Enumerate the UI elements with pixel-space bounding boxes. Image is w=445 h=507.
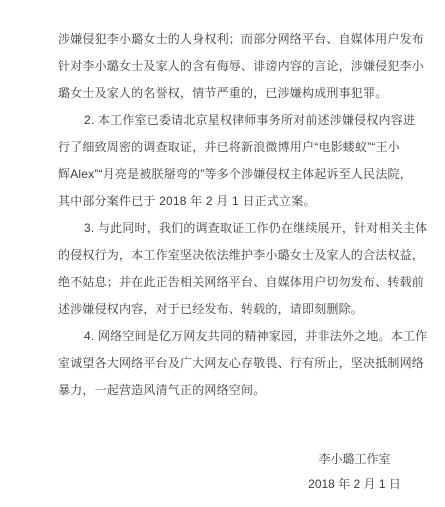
document-line: 暴力，一起营造风清气正的网络空间。 — [58, 377, 420, 404]
document-line: 3. 与此同时，我们的调查取证工作仍在继续展开，针对相关主体 — [58, 215, 420, 242]
statement-document: 涉嫌侵犯李小璐女士的人身权利；而部分网络平台、自媒体用户发布针对李小璐女士及家人… — [0, 0, 445, 507]
signature-date: 2018 年 2 月 1 日 — [272, 473, 437, 496]
document-line: 4. 网络空间是亿万网友共同的精神家园，并非法外之地。本工作 — [58, 323, 420, 350]
document-line: 涉嫌侵犯李小璐女士的人身权利；而部分网络平台、自媒体用户发布 — [58, 26, 420, 53]
document-line: 针对李小璐女士及家人的含有侮辱、诽谤内容的言论，涉嫌侵犯李小 — [58, 53, 420, 80]
document-line: 2. 本工作室已委请北京星权律师事务所对前述涉嫌侵权内容进 — [58, 107, 420, 134]
document-line: 行了细致周密的调查取证，并已将新浪微博用户“电影蝼蚁”“王小 — [58, 134, 420, 161]
document-line: 述涉嫌侵权内容，对于已经发布、转载的，请即刻删除。 — [58, 296, 420, 323]
document-line: 辉Alex”“月亮是被朕掰弯的”等多个涉嫌侵权主体起诉至人民法院， — [58, 161, 420, 188]
signature-name: 李小璐工作室 — [272, 446, 437, 473]
document-line: 璐女士及家人的名誉权，情节严重的，已涉嫌构成刑事犯罪。 — [58, 80, 420, 107]
document-line: 的侵权行为，本工作室坚决依法维护李小璐女士及家人的合法权益， — [58, 242, 420, 269]
document-line: 室诚望各大网络平台及广大网友心存敬畏、行有所止，坚决抵制网络 — [58, 350, 420, 377]
document-line: 其中部分案件已于 2018 年 2 月 1 日正式立案。 — [58, 188, 420, 215]
signature-block: 李小璐工作室 2018 年 2 月 1 日 — [272, 446, 437, 496]
document-lines: 涉嫌侵犯李小璐女士的人身权利；而部分网络平台、自媒体用户发布针对李小璐女士及家人… — [58, 26, 420, 404]
document-line: 绝不姑息；并在此正告相关网络平台、自媒体用户切勿发布、转载前 — [58, 269, 420, 296]
